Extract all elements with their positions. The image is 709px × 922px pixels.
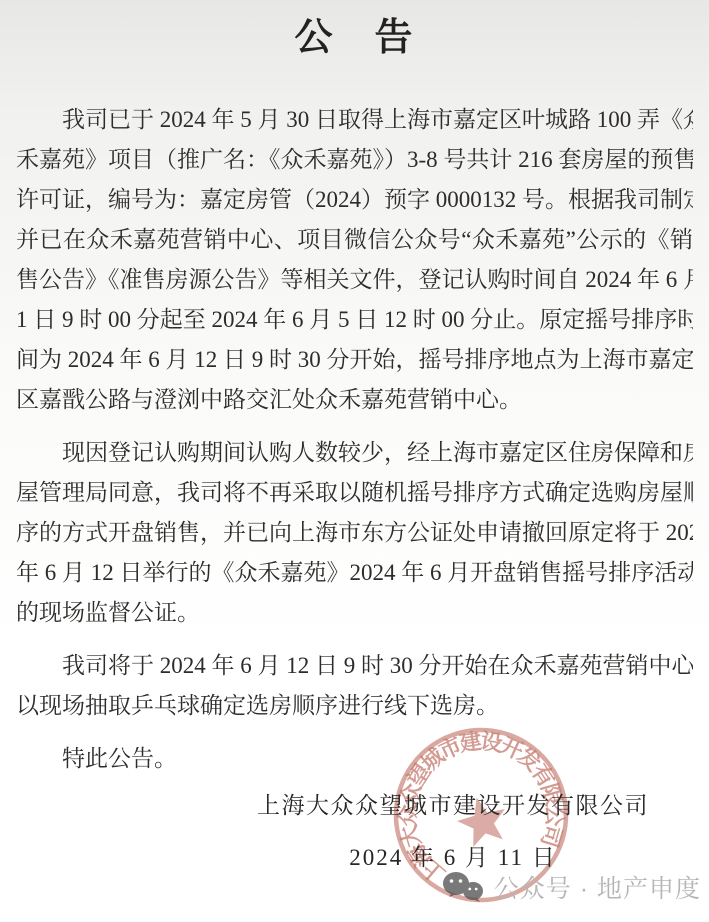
wechat-icon: [441, 870, 485, 904]
body-line: 特此公告。: [16, 739, 693, 779]
body-line: 我司将于 2024 年 6 月 12 日 9 时 30 分开始在众禾嘉苑营销中心…: [16, 646, 693, 686]
paragraph: 我司将于 2024 年 6 月 12 日 9 时 30 分开始在众禾嘉苑营销中心…: [16, 646, 693, 726]
body-line: 间为 2024 年 6 月 12 日 9 时 30 分开始，摇号排序地点为上海市…: [16, 340, 693, 380]
signature-company: 上海大众众望城市建设开发有限公司: [257, 792, 649, 820]
body-line: 禾嘉苑》项目（推广名：《众禾嘉苑》）3-8 号共计 216 套房屋的预售: [16, 140, 693, 180]
body-line: 的现场监督公证。: [16, 593, 693, 633]
body-line: 以现场抽取乒乓球确定选房顺序进行线下选房。: [16, 686, 693, 726]
body-line: 1 日 9 时 00 分起至 2024 年 6 月 5 日 12 时 00 分止…: [16, 300, 693, 340]
body-line: 区嘉戬公路与澄浏中路交汇处众禾嘉苑营销中心。: [16, 380, 693, 420]
body-line: 我司已于 2024 年 5 月 30 日取得上海市嘉定区叶城路 100 弄《众: [16, 100, 693, 140]
announcement-document: 公 告 我司已于 2024 年 5 月 30 日取得上海市嘉定区叶城路 100 …: [0, 0, 709, 922]
body-line: 屋管理局同意，我司将不再采取以随机摇号排序方式确定选购房屋顺: [16, 473, 693, 513]
document-body: 我司已于 2024 年 5 月 30 日取得上海市嘉定区叶城路 100 弄《众禾…: [16, 100, 693, 779]
body-line: 现因登记认购期间认购人数较少，经上海市嘉定区住房保障和房: [16, 433, 693, 473]
body-line: 许可证，编号为：嘉定房管（2024）预字 0000132 号。根据我司制定: [16, 180, 693, 220]
body-line: 售公告》《准售房源公告》等相关文件，登记认购时间自 2024 年 6 月: [16, 260, 693, 300]
body-line: 年 6 月 12 日举行的《众禾嘉苑》2024 年 6 月开盘销售摇号排序活动: [16, 553, 693, 593]
signature-date: 2024 年 6 月 11 日: [257, 839, 649, 872]
body-line: 并已在众禾嘉苑营销中心、项目微信公众号“众禾嘉苑”公示的《销: [16, 220, 693, 260]
paragraph: 现因登记认购期间认购人数较少，经上海市嘉定区住房保障和房屋管理局同意，我司将不再…: [16, 433, 693, 633]
signature-block: 上海大众众望城市建设开发有限公司 2024 年 6 月 11 日: [257, 792, 649, 872]
paragraph: 特此公告。: [16, 739, 693, 779]
paragraph: 我司已于 2024 年 5 月 30 日取得上海市嘉定区叶城路 100 弄《众禾…: [16, 100, 693, 420]
watermark: 公众号 · 地产申度: [441, 869, 701, 905]
body-line: 序的方式开盘销售，并已向上海市东方公证处申请撤回原定将于 2024: [16, 513, 693, 553]
page-title: 公 告: [0, 0, 709, 50]
watermark-text: 公众号 · 地产申度: [494, 869, 701, 905]
